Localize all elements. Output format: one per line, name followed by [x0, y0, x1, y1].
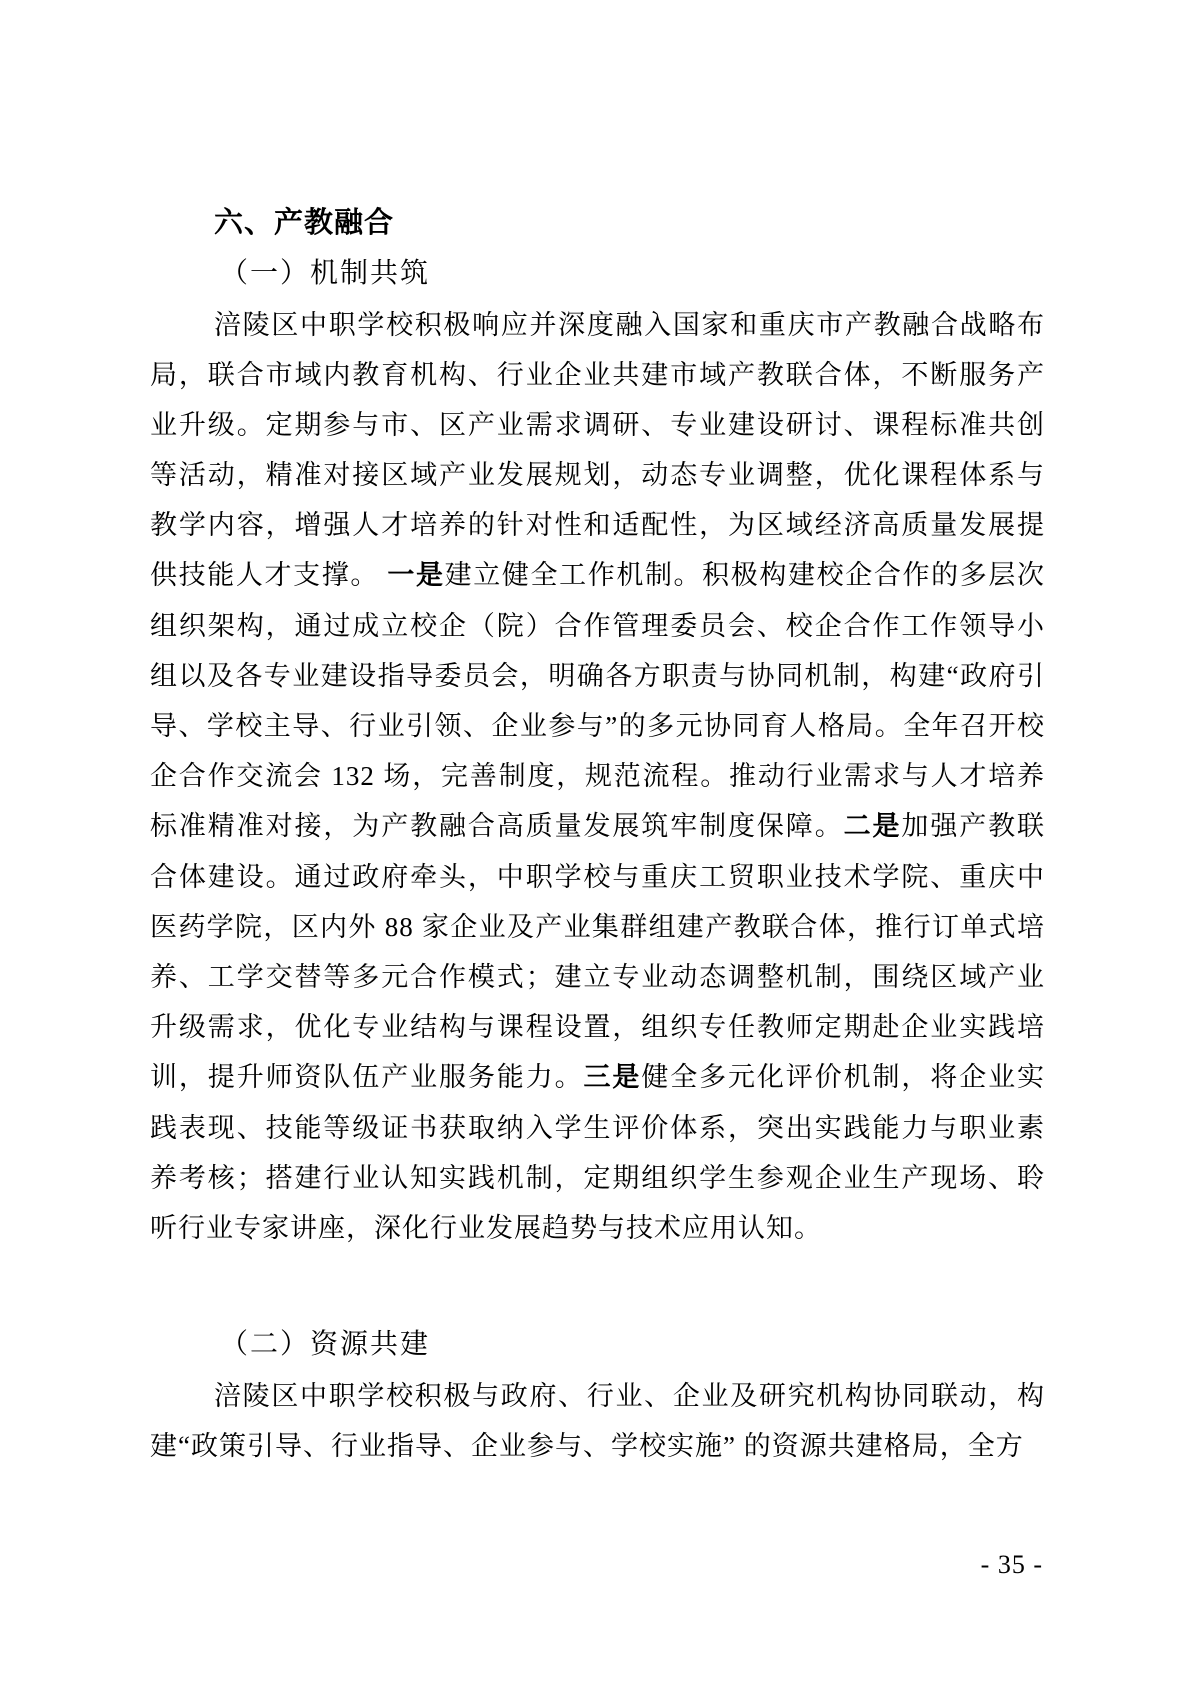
text-run: 涪陵区中职学校积极响应并深度融入国家和重庆市产教融合战略布局，联合市域内教育机构…: [150, 310, 1045, 590]
emphasis-run: 一是: [387, 560, 444, 591]
page-number: - 35 -: [981, 1548, 1043, 1582]
subsection-heading-1: （一）机制共筑: [150, 248, 1045, 300]
body-paragraph-1: 涪陵区中职学校积极响应并深度融入国家和重庆市产教融合战略布局，联合市域内教育机构…: [150, 300, 1045, 1253]
body-paragraph-2: 涪陵区中职学校积极与政府、行业、企业及研究机构协同联动，构建“政策引导、行业指导…: [150, 1371, 1045, 1471]
emphasis-run: 二是: [844, 811, 902, 842]
text-run: 涪陵区中职学校积极与政府、行业、企业及研究机构协同联动，构建“政策引导、行业指导…: [150, 1381, 1045, 1461]
document-page: 六、产教融合 （一）机制共筑 涪陵区中职学校积极响应并深度融入国家和重庆市产教融…: [0, 0, 1190, 1683]
subsection-heading-2: （二）资源共建: [150, 1319, 1045, 1371]
text-run: 加强产教联合体建设。通过政府牵头，中职学校与重庆工贸职业技术学院、重庆中医药学院…: [150, 811, 1045, 1092]
text-run: 建立健全工作机制。积极构建校企合作的多层次组织架构，通过成立校企（院）合作管理委…: [150, 560, 1045, 841]
section-heading: 六、产教融合: [150, 196, 1045, 248]
document-content: 六、产教融合 （一）机制共筑 涪陵区中职学校积极响应并深度融入国家和重庆市产教融…: [150, 196, 1045, 1471]
emphasis-run: 三是: [584, 1062, 642, 1093]
